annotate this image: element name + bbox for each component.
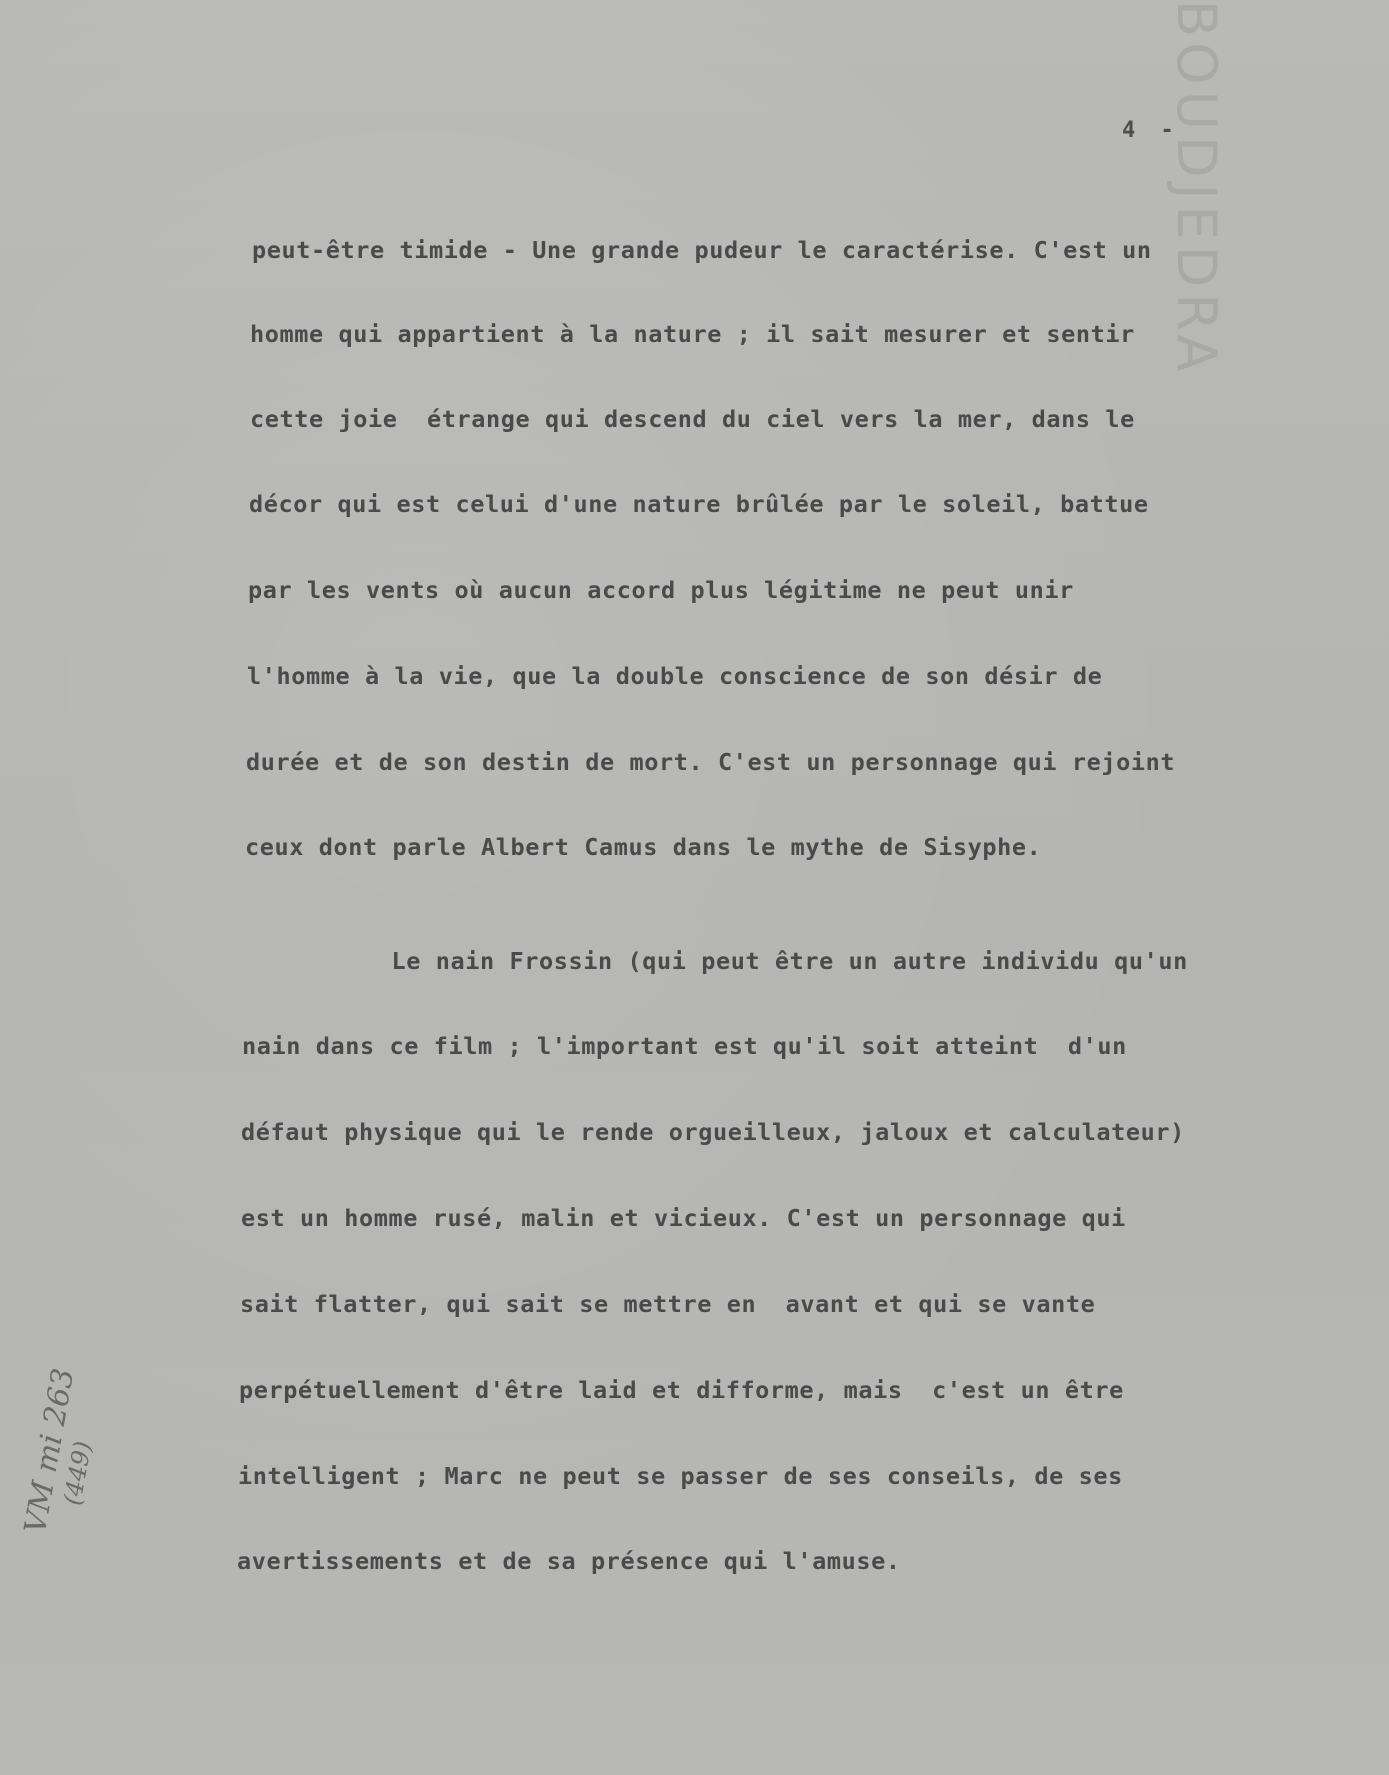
text-line: décor qui est celui d'une nature brûlée …	[249, 490, 1149, 518]
document-page: BOUDJEDRA 4 - peut-être timide - Une gra…	[0, 0, 1389, 1775]
text-line: durée et de son destin de mort. C'est un…	[246, 748, 1175, 776]
text-line: Le nain Frossin (qui peut être un autre …	[244, 947, 1188, 975]
text-line: ceux dont parle Albert Camus dans le myt…	[245, 833, 1041, 861]
page-number: 4 -	[1122, 118, 1180, 143]
text-line: peut-être timide - Une grande pudeur le …	[252, 236, 1152, 264]
text-line: l'homme à la vie, que la double conscien…	[247, 662, 1102, 690]
margin-stamp: BOUDJEDRA	[1168, 0, 1228, 1775]
text-line: sait flatter, qui sait se mettre en avan…	[240, 1290, 1095, 1318]
text-line: homme qui appartient à la nature ; il sa…	[250, 320, 1135, 348]
text-line: défaut physique qui le rende orgueilleux…	[241, 1118, 1185, 1146]
text-line: est un homme rusé, malin et vicieux. C'e…	[241, 1204, 1126, 1232]
text-line: cette joie étrange qui descend du ciel v…	[250, 405, 1135, 433]
text-line: intelligent ; Marc ne peut se passer de …	[238, 1462, 1123, 1490]
text-line: nain dans ce film ; l'important est qu'i…	[242, 1032, 1127, 1060]
handwritten-archive-note: VM mi 263 (449)	[18, 1366, 109, 1541]
text-line: par les vents où aucun accord plus légit…	[248, 576, 1074, 604]
text-line: avertissements et de sa présence qui l'a…	[237, 1547, 901, 1575]
text-line: perpétuellement d'être laid et difforme,…	[239, 1376, 1124, 1404]
